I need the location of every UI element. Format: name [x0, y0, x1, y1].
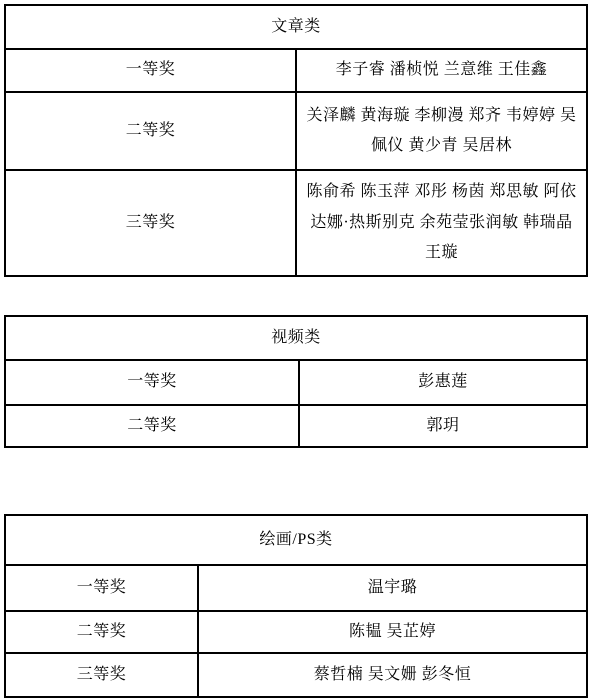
table-row: 二等奖 郭玥: [5, 405, 587, 447]
winner-names: 蔡哲楠 吴文姗 彭冬恒: [198, 653, 587, 697]
table-row: 一等奖 李子睿 潘桢悦 兰意维 王佳鑫: [5, 49, 587, 92]
table-title: 视频类: [5, 316, 587, 360]
award-level: 一等奖: [5, 565, 198, 611]
article-category-table: 文章类 一等奖 李子睿 潘桢悦 兰意维 王佳鑫 二等奖 关泽麟 黄海璇 李柳漫 …: [4, 4, 588, 277]
winner-names: 陈俞希 陈玉萍 邓彤 杨茵 郑思敏 阿依达娜·热斯别克 余苑莹张润敏 韩瑞晶 王…: [296, 170, 587, 276]
winner-names: 郭玥: [299, 405, 587, 447]
drawing-ps-category-table: 绘画/PS类 一等奖 温宇璐 二等奖 陈韫 吴芷婷 三等奖 蔡哲楠 吴文姗 彭冬…: [4, 514, 588, 698]
award-level: 二等奖: [5, 405, 299, 447]
video-category-table: 视频类 一等奖 彭惠莲 二等奖 郭玥: [4, 315, 588, 448]
table-row: 一等奖 温宇璐: [5, 565, 587, 611]
document-page: 文章类 一等奖 李子睿 潘桢悦 兰意维 王佳鑫 二等奖 关泽麟 黄海璇 李柳漫 …: [0, 0, 595, 698]
award-level: 一等奖: [5, 49, 296, 92]
table-title: 绘画/PS类: [5, 515, 587, 565]
winner-names: 彭惠莲: [299, 360, 587, 405]
table-row: 文章类: [5, 5, 587, 49]
award-level: 二等奖: [5, 611, 198, 653]
table-row: 二等奖 关泽麟 黄海璇 李柳漫 郑齐 韦婷婷 吴佩仪 黄少青 吴居林: [5, 92, 587, 170]
table-row: 二等奖 陈韫 吴芷婷: [5, 611, 587, 653]
award-level: 一等奖: [5, 360, 299, 405]
award-level: 二等奖: [5, 92, 296, 170]
table-row: 三等奖 陈俞希 陈玉萍 邓彤 杨茵 郑思敏 阿依达娜·热斯别克 余苑莹张润敏 韩…: [5, 170, 587, 276]
table-row: 一等奖 彭惠莲: [5, 360, 587, 405]
table-row: 绘画/PS类: [5, 515, 587, 565]
table-row: 三等奖 蔡哲楠 吴文姗 彭冬恒: [5, 653, 587, 697]
table-row: 视频类: [5, 316, 587, 360]
winner-names: 关泽麟 黄海璇 李柳漫 郑齐 韦婷婷 吴佩仪 黄少青 吴居林: [296, 92, 587, 170]
winner-names: 李子睿 潘桢悦 兰意维 王佳鑫: [296, 49, 587, 92]
winner-names: 温宇璐: [198, 565, 587, 611]
winner-names: 陈韫 吴芷婷: [198, 611, 587, 653]
award-level: 三等奖: [5, 653, 198, 697]
award-level: 三等奖: [5, 170, 296, 276]
table-title: 文章类: [5, 5, 587, 49]
